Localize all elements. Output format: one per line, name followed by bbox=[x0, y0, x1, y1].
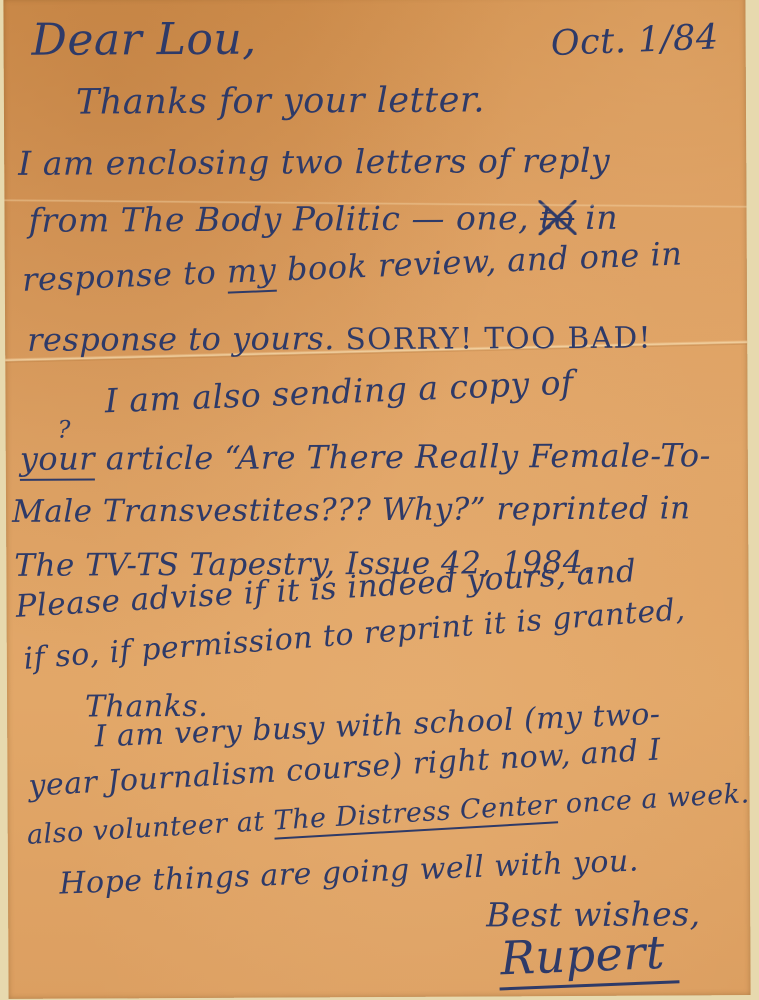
line-text: I am enclosing two letters of reply bbox=[18, 141, 610, 183]
line-text: response to bbox=[21, 253, 217, 299]
line-text: also volunteer at bbox=[26, 806, 265, 851]
line-text: in bbox=[585, 198, 618, 237]
line-text: book review, and one in bbox=[286, 234, 683, 288]
letter-scan: { "colors": { "paper": "#e0a466", "ink":… bbox=[0, 0, 759, 1000]
letter-line: Male Transvestites??? Why?” reprinted in bbox=[12, 490, 691, 530]
underlined-word: your bbox=[20, 439, 95, 480]
date-text: Oct. 1/84 bbox=[550, 17, 719, 64]
line-text: Thanks for your letter. bbox=[76, 80, 485, 122]
letter-line: from The Body Politic — one, to in bbox=[28, 198, 618, 240]
emphasized-caps-text: SORRY! TOO BAD! bbox=[345, 321, 652, 357]
line-text: from The Body Politic — one, bbox=[28, 198, 529, 240]
crossed-out-word: to bbox=[540, 198, 574, 237]
question-mark-annotation: ? bbox=[58, 416, 72, 444]
signature-text: Rupert bbox=[497, 924, 680, 990]
letter-line: I am also sending a copy of bbox=[104, 363, 574, 421]
line-text: Male Transvestites??? Why?” reprinted in bbox=[12, 490, 691, 530]
line-text: once a week. bbox=[565, 778, 751, 820]
letter-line: response to my book review, and one in bbox=[21, 234, 683, 298]
letter-line: Thanks for your letter. bbox=[76, 80, 485, 122]
letter-line: ?your article “Are There Really Female-T… bbox=[20, 436, 711, 478]
letter-date: Oct. 1/84 bbox=[550, 17, 719, 64]
underlined-word: my bbox=[226, 251, 277, 294]
line-text: I am also sending a copy of bbox=[104, 363, 574, 421]
letter-line: response to yours. SORRY! TOO BAD! bbox=[27, 318, 652, 359]
letter-line: Hope things are going well with you. bbox=[59, 843, 640, 901]
salutation-text: Dear Lou, bbox=[31, 14, 256, 66]
signature: Rupert bbox=[498, 927, 679, 987]
letter-paper: Dear Lou, Oct. 1/84 Thanks for your lett… bbox=[3, 0, 750, 999]
underlined-phrase: The Distress Center bbox=[273, 789, 558, 839]
annotated-word-wrap: ?your bbox=[20, 439, 95, 477]
salutation: Dear Lou, bbox=[31, 14, 256, 66]
line-text: response to yours. bbox=[27, 319, 335, 359]
letter-line: I am enclosing two letters of reply bbox=[18, 141, 610, 183]
line-text: article “Are There Really Female-To- bbox=[106, 436, 711, 477]
line-text: Hope things are going well with you. bbox=[59, 843, 640, 901]
